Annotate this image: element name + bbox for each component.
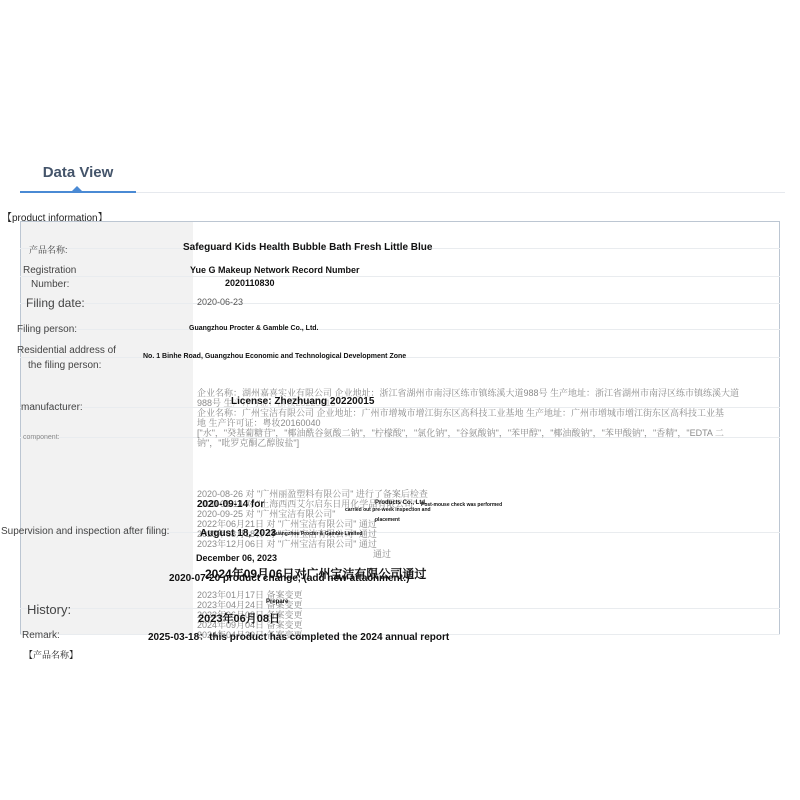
manufacturer-label: manufacturer: (21, 402, 83, 413)
product-name-label: 产品名称: (21, 222, 194, 249)
registration-value: Yue G Makeup Network Record Number (190, 265, 360, 275)
table-row: Remark: 2025-03-18：this product has comp… (21, 609, 780, 635)
residential-address-label: Residential address of (17, 345, 116, 356)
caret-up-icon (72, 186, 82, 191)
table-row: 产品名称: Safeguard Kids Health Bubble Bath … (21, 222, 780, 249)
remark-label: Remark: (22, 630, 60, 641)
manufacturer-overlay: License: Zhezhuang 20220015 (231, 396, 374, 407)
filing-person-label: Filing person: (17, 324, 77, 335)
filing-person-value: Guangzhou Procter & Gamble Co., Ltd. (189, 325, 319, 332)
table-row: manufacturer: 企业名称：湖州嘉喜实业有限公司 企业地址：浙江省湖州… (21, 358, 780, 408)
table-row: Filing date: 2020-06-23 (21, 277, 780, 304)
table-row: Filing person: Guangzhou Procter & Gambl… (21, 304, 780, 330)
next-section-title: 【产品名称】 (24, 648, 78, 661)
table-row: Residential address of the filing person… (21, 330, 780, 358)
component-label: component: (23, 434, 60, 441)
tab-active-indicator (20, 191, 136, 193)
filing-date-label: Filing date: (26, 296, 85, 310)
tab-bar: Data View (20, 160, 785, 193)
manufacturer-value: 企业名称：湖州嘉喜实业有限公司 企业地址：浙江省湖州市南浔区练市镇练溪大道988… (197, 388, 739, 428)
table-row: Supervision and inspection after filing:… (21, 438, 780, 533)
registration-label: Registration (23, 265, 76, 276)
history-label: History: (27, 602, 71, 617)
component-value: ["水"，"癸基葡糖苷"，"椰油酰谷氨酸二钠"，"柠檬酸"，"氯化钠"，"谷氨酸… (197, 428, 724, 448)
product-name-value: Safeguard Kids Health Bubble Bath Fresh … (183, 242, 432, 253)
product-info-table: 产品名称: Safeguard Kids Health Bubble Bath … (20, 221, 780, 635)
history-header: 2020-07-20 product change, (add new atta… (169, 573, 410, 584)
filing-date-value: 2020-06-23 (197, 297, 243, 307)
residential-address-value: No. 1 Binhe Road, Guangzhou Economic and… (143, 353, 406, 360)
remark-value: 2025-03-18：this product has completed th… (148, 628, 449, 643)
supervision-label: Supervision and inspection after filing: (1, 526, 169, 537)
